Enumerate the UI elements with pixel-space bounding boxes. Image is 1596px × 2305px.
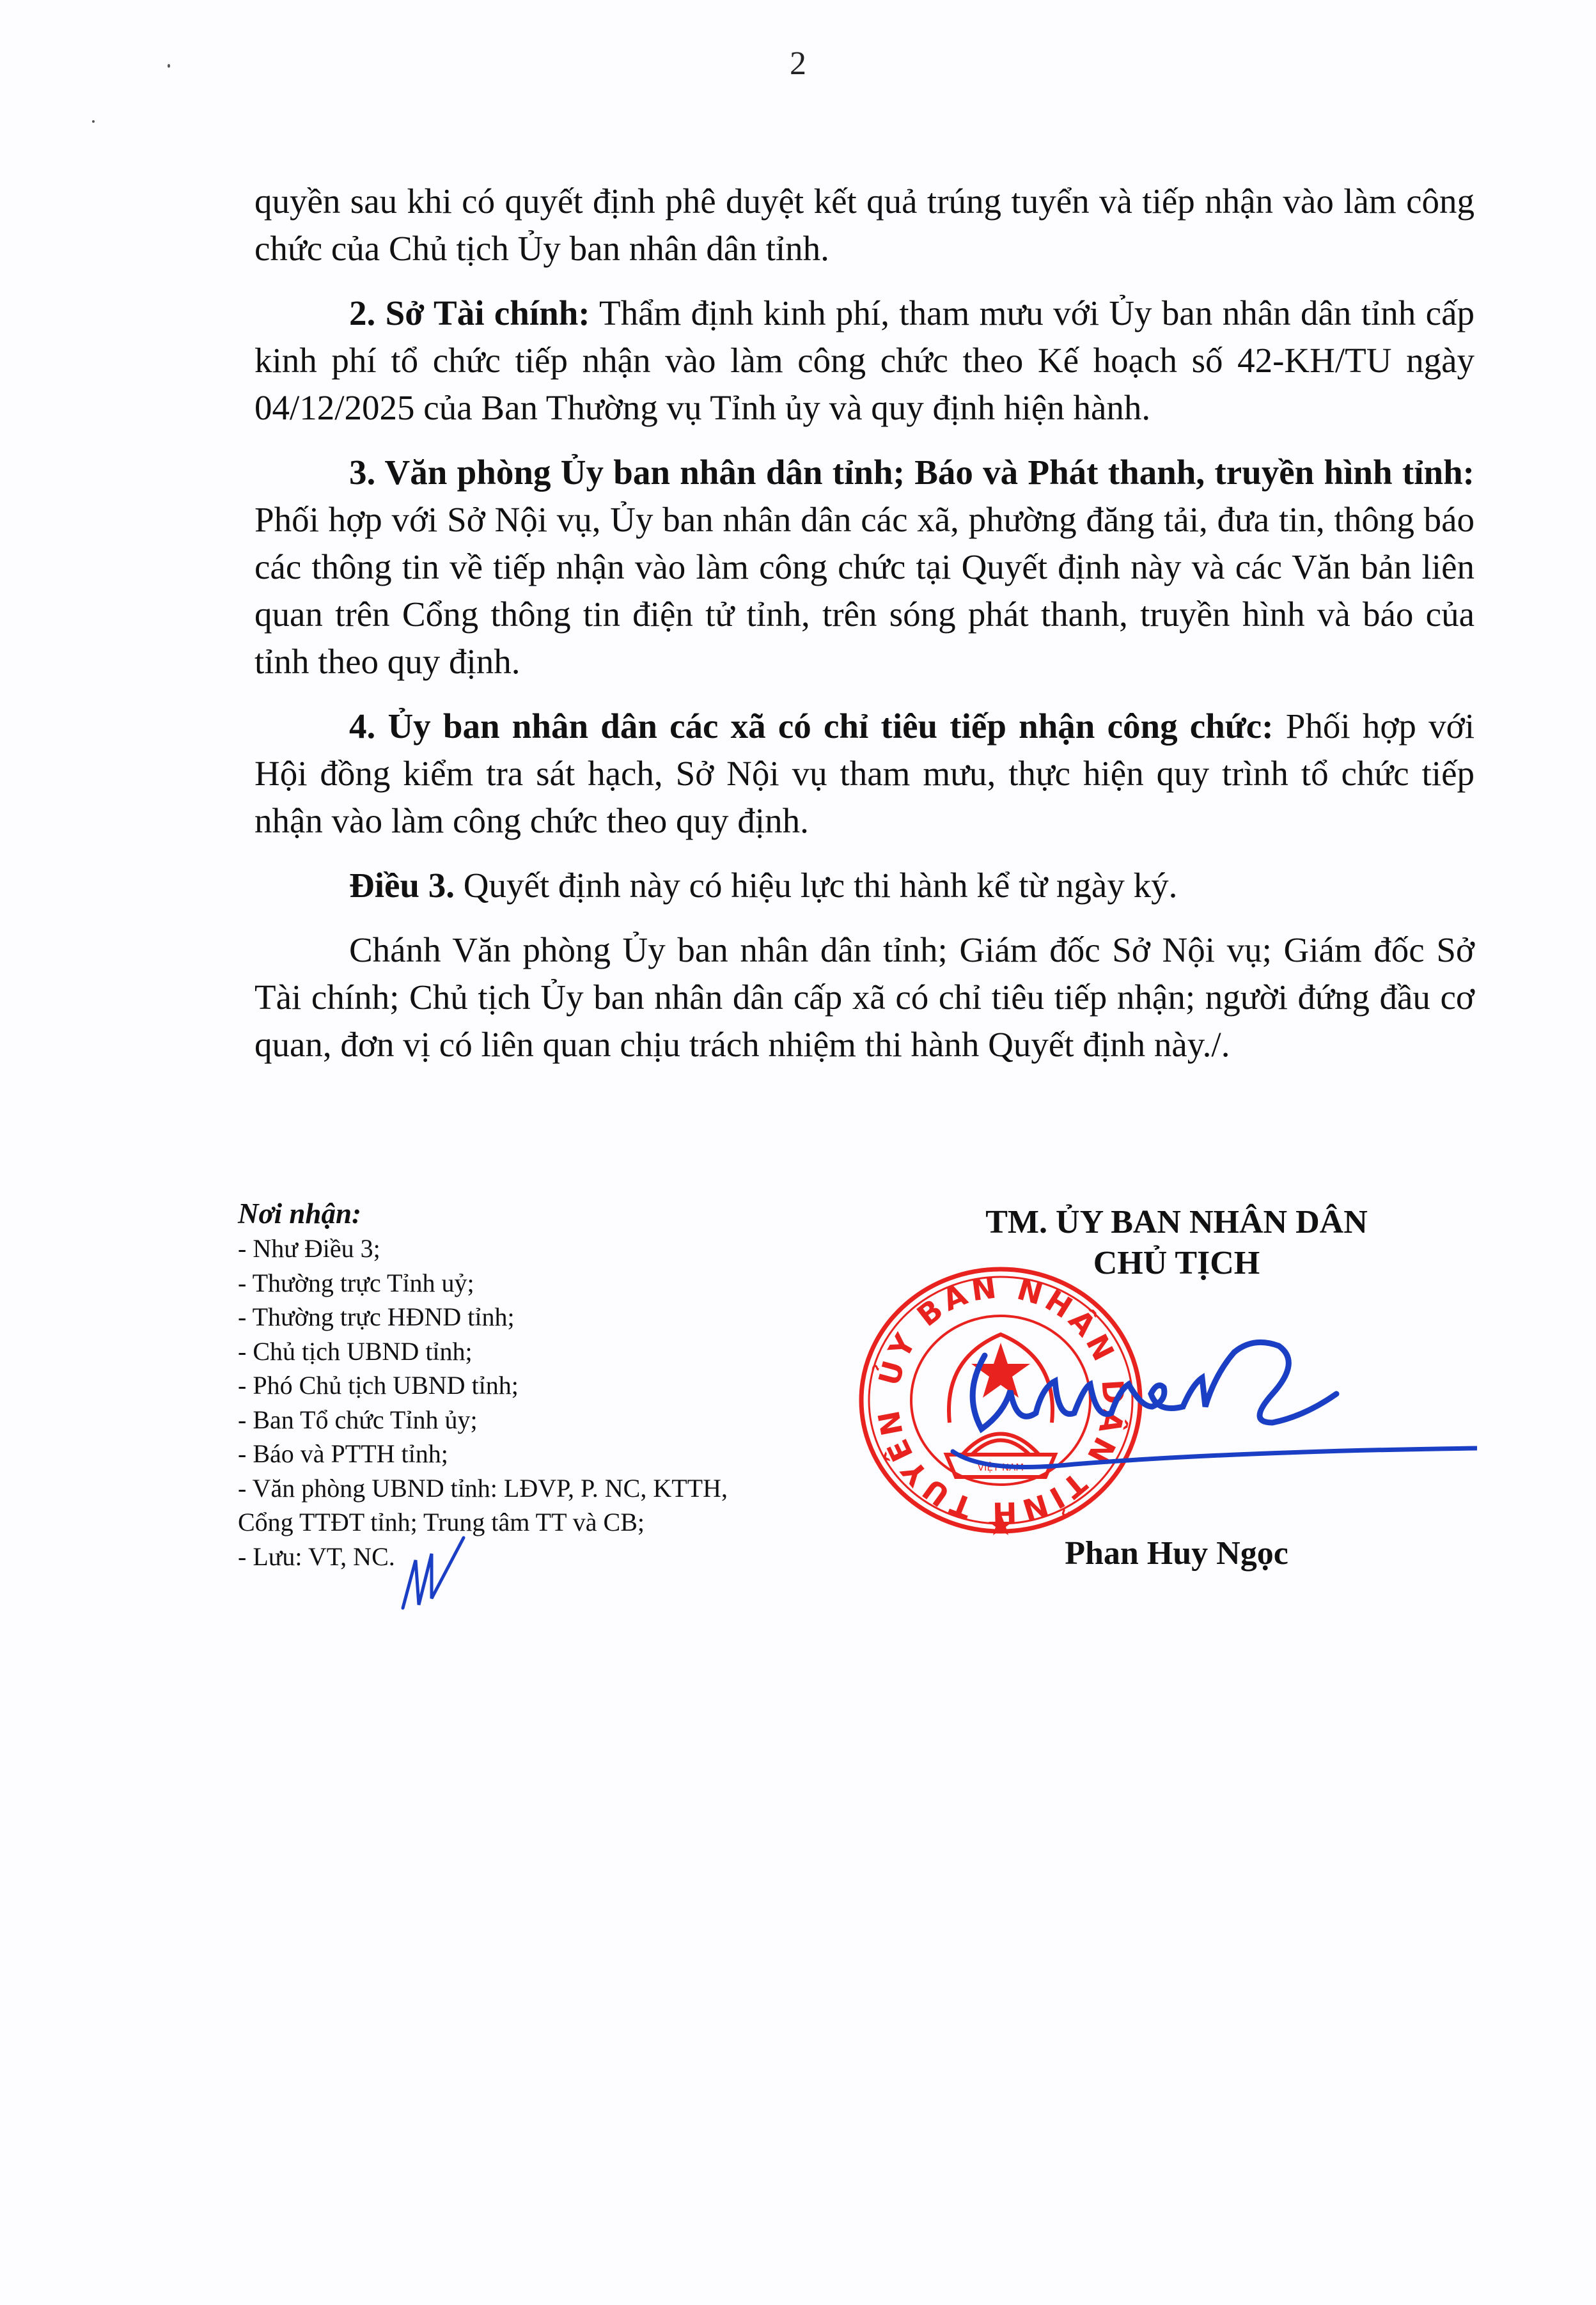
paragraph-communes: 4. Ủy ban nhân dân các xã có chỉ tiêu ti… — [254, 703, 1475, 845]
recipient-item: - Văn phòng UBND tỉnh: LĐVP, P. NC, KTTH… — [238, 1471, 852, 1506]
handwritten-signature-icon — [946, 1317, 1477, 1471]
recipient-item: - Chủ tịch UBND tỉnh; — [238, 1334, 852, 1369]
signer-organization: TM. ỦY BAN NHÂN DÂN — [914, 1202, 1439, 1243]
recipient-item: - Báo và PTTH tỉnh; — [238, 1437, 852, 1471]
recipient-item: Cổng TTĐT tỉnh; Trung tâm TT và CB; — [238, 1505, 852, 1540]
recipient-item: - Phó Chủ tịch UBND tỉnh; — [238, 1368, 852, 1403]
clause-heading: 3. Văn phòng Ủy ban nhân dân tỉnh; Báo v… — [349, 453, 1475, 492]
signer-name: Phan Huy Ngọc — [914, 1535, 1439, 1572]
scan-speck — [92, 120, 95, 123]
initial-mark-icon — [396, 1535, 467, 1611]
paragraph-continuation: quyền sau khi có quyết định phê duyệt kế… — [254, 178, 1475, 272]
recipient-item: - Như Điều 3; — [238, 1231, 852, 1266]
recipient-item: - Ban Tổ chức Tỉnh ủy; — [238, 1403, 852, 1437]
paragraph-finance-dept: 2. Sở Tài chính: Thẩm định kinh phí, tha… — [254, 290, 1475, 432]
recipients-title: Nơi nhận: — [238, 1196, 852, 1231]
recipient-item: - Thường trực Tỉnh uỷ; — [238, 1266, 852, 1301]
recipients-list: Nơi nhận: - Như Điều 3; - Thường trực Tỉ… — [238, 1196, 852, 1574]
paragraph-execution: Chánh Văn phòng Ủy ban nhân dân tỉnh; Gi… — [254, 926, 1475, 1068]
clause-heading: 4. Ủy ban nhân dân các xã có chỉ tiêu ti… — [349, 707, 1274, 746]
article-heading: Điều 3. — [349, 866, 455, 905]
scan-speck — [168, 64, 170, 68]
page-number: 2 — [0, 45, 1596, 82]
decision-body: quyền sau khi có quyết định phê duyệt kế… — [254, 178, 1475, 1086]
paragraph-office-media: 3. Văn phòng Ủy ban nhân dân tỉnh; Báo v… — [254, 449, 1475, 685]
article-3: Điều 3. Quyết định này có hiệu lực thi h… — [254, 862, 1475, 909]
recipient-item: - Thường trực HĐND tỉnh; — [238, 1300, 852, 1334]
recipient-item: - Lưu: VT, NC. — [238, 1540, 852, 1574]
clause-heading: 2. Sở Tài chính: — [349, 293, 590, 332]
